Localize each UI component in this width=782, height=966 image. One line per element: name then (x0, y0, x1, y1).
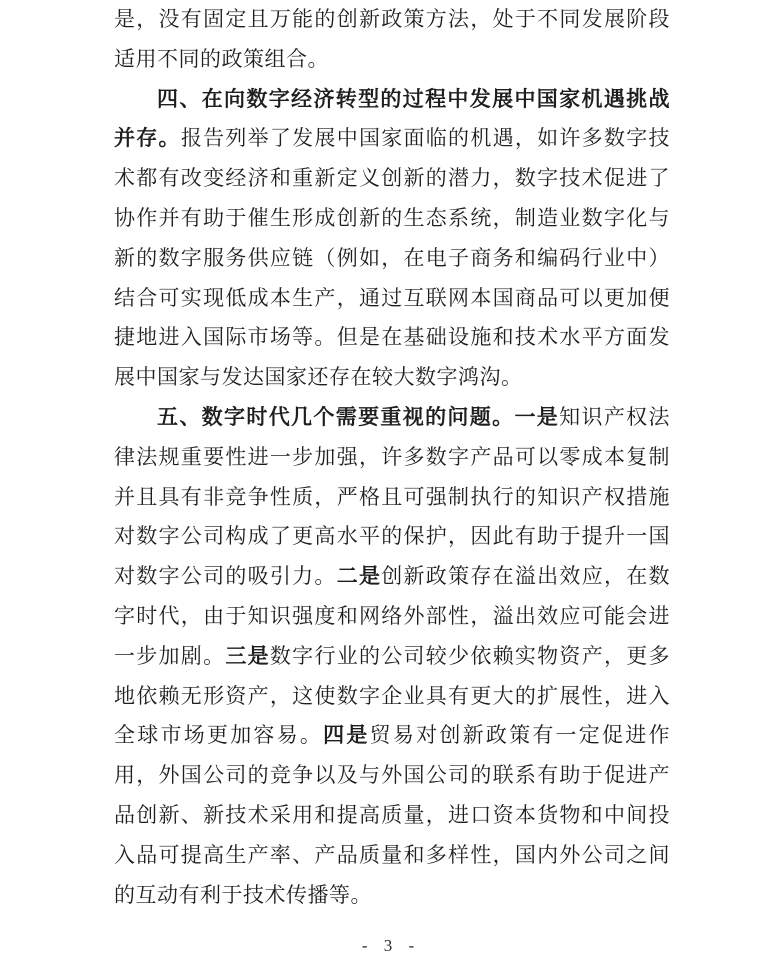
section-heading: 五、数字时代几个需要重视的问题。 (157, 405, 514, 429)
body-text: 是，没有固定且万能的创新政策方法，处于不同发展阶段适用不同的政策组合。 (114, 7, 670, 71)
enumerator-1: 一是 (514, 405, 559, 429)
enumerator-3: 三是 (225, 644, 270, 668)
body-text: 报告列举了发展中国家面临的机遇，如许多数字技术都有改变经济和重新定义创新的潜力，… (114, 126, 670, 389)
document-body: 是，没有固定且万能的创新政策方法，处于不同发展阶段适用不同的政策组合。四、在向数… (114, 0, 670, 915)
paragraph-continuation: 是，没有固定且万能的创新政策方法，处于不同发展阶段适用不同的政策组合。 (114, 0, 670, 80)
page-number: - 3 - (0, 936, 782, 956)
document-page: 是，没有固定且万能的创新政策方法，处于不同发展阶段适用不同的政策组合。四、在向数… (0, 0, 782, 966)
body-text: 知识产权法律法规重要性进一步加强，许多数字产品可以零成本复制并且具有非竞争性质，… (114, 405, 670, 588)
enumerator-2: 二是 (337, 564, 382, 588)
body-text: 贸易对创新政策有一定促进作用，外国公司的竞争以及与外国公司的联系有助于促进产品创… (114, 723, 670, 906)
paragraph-section-4: 四、在向数字经济转型的过程中发展中国家机遇挑战并存。报告列举了发展中国家面临的机… (114, 80, 670, 398)
paragraph-section-5: 五、数字时代几个需要重视的问题。一是知识产权法律法规重要性进一步加强，许多数字产… (114, 398, 670, 915)
enumerator-4: 四是 (323, 723, 369, 747)
